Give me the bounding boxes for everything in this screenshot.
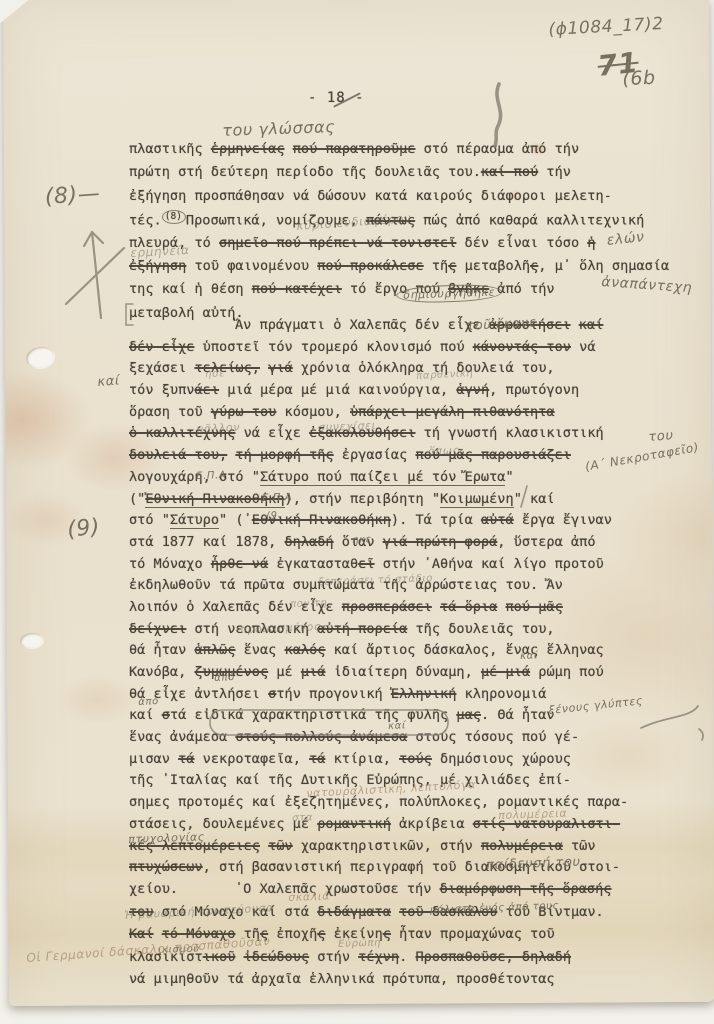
pencil-lasso-icon bbox=[210, 710, 448, 735]
pencil-squiggle-icon bbox=[495, 84, 501, 146]
pencil-tick-icon bbox=[699, 729, 703, 740]
pencil-bracket-icon bbox=[126, 304, 133, 325]
pencil-curve-arrow-icon bbox=[641, 706, 698, 728]
pencil-marks bbox=[0, 0, 714, 1024]
manuscript-scan: - 18 - πλαστικῆς ἑρμηνείας πού παρατηροῦ… bbox=[0, 0, 714, 1024]
pencil-slash-icon bbox=[521, 486, 527, 507]
